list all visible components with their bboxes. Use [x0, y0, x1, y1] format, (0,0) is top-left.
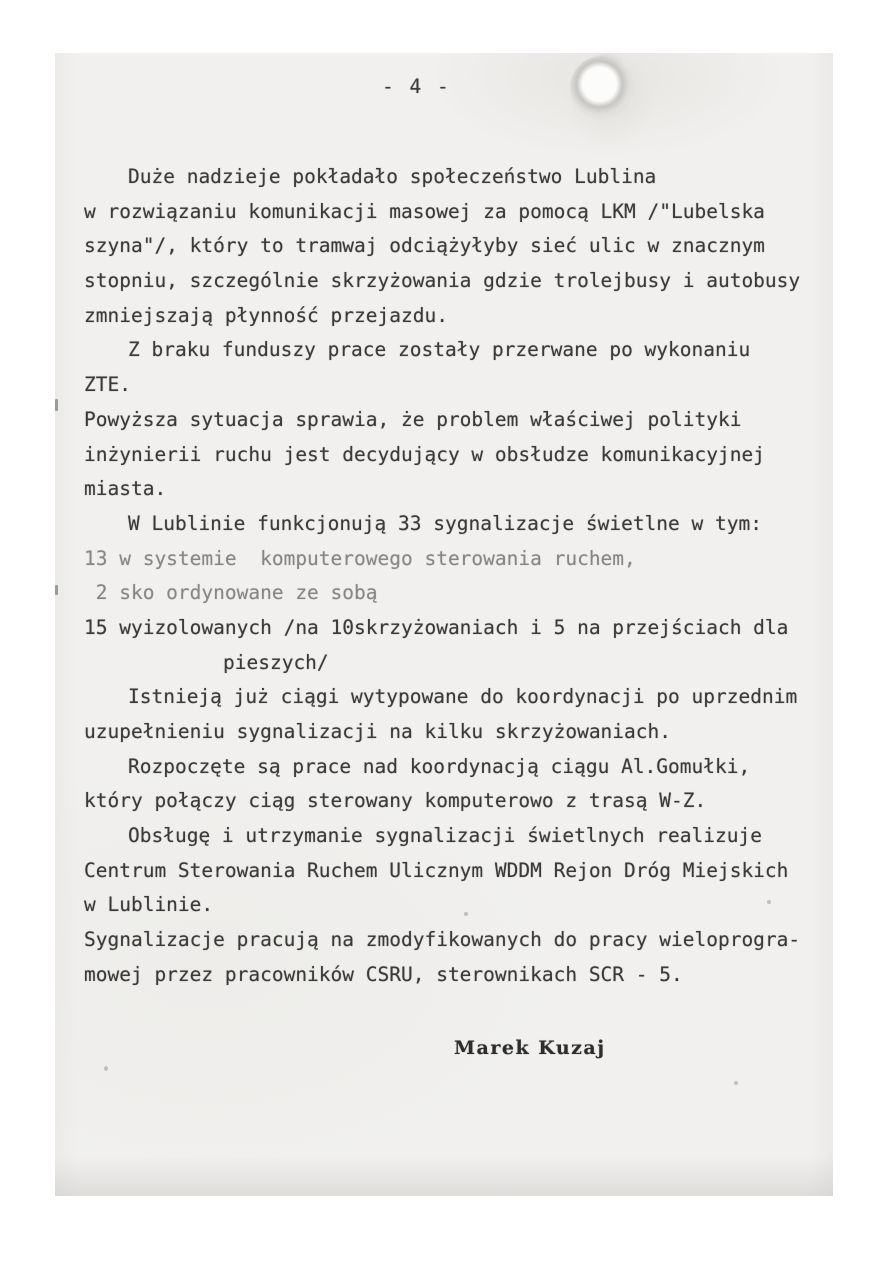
text-line: uzupełnieniu sygnalizacji na kilku skrzy…	[84, 715, 824, 750]
text-line: Sygnalizacje pracują na zmodyfikowanych …	[84, 923, 824, 958]
scan-edge-mark	[55, 585, 58, 595]
text-line: miasta.	[84, 472, 824, 507]
scan-background: - 4 - Duże nadzieje pokładało społeczeńs…	[0, 0, 893, 1263]
text-line: w Lublinie.	[84, 888, 824, 923]
text-line: 2 sko ordynowane ze sobą	[84, 576, 824, 611]
text-line: pieszych/	[84, 646, 824, 681]
text-line: ZTE.	[84, 368, 824, 403]
text-line: inżynierii ruchu jest decydujący w obsłu…	[84, 438, 824, 473]
scan-speck	[734, 1081, 738, 1085]
text-line: zmniejszają płynność przejazdu.	[84, 299, 824, 334]
scan-edge-mark	[55, 399, 58, 411]
text-line: Centrum Sterowania Ruchem Ulicznym WDDM …	[84, 854, 824, 889]
text-line: Z braku funduszy prace zostały przerwane…	[84, 333, 824, 368]
text-line: 13 w systemie komputerowego sterowania r…	[84, 542, 824, 577]
text-line: 15 wyizolowanych /na 10skrzyżowaniach i …	[84, 611, 824, 646]
document-body: Duże nadzieje pokładało społeczeństwo Lu…	[84, 160, 824, 993]
text-line: Powyższa sytuacja sprawia, że problem wł…	[84, 403, 824, 438]
text-line: stopniu, szczególnie skrzyżowania gdzie …	[84, 264, 824, 299]
text-line: Obsługę i utrzymanie sygnalizacji świetl…	[84, 819, 824, 854]
text-line: Rozpoczęte są prace nad koordynacją ciąg…	[84, 750, 824, 785]
scan-speck	[104, 1066, 108, 1071]
scan-speck	[767, 900, 771, 904]
signature: Marek Kuzaj	[454, 1037, 606, 1059]
text-line: który połączy ciąg sterowany komputerowo…	[84, 784, 824, 819]
text-line: w rozwiązaniu komunikacji masowej za pom…	[84, 195, 824, 230]
text-line: Istnieją już ciągi wytypowane do koordyn…	[84, 680, 824, 715]
scan-speck	[464, 912, 468, 916]
text-line: mowej przez pracowników CSRU, sterownika…	[84, 958, 824, 993]
document-page: - 4 - Duże nadzieje pokładało społeczeńs…	[55, 53, 833, 1196]
text-line: szyna"/, który to tramwaj odciążyłyby si…	[84, 229, 824, 264]
text-line: Duże nadzieje pokładało społeczeństwo Lu…	[84, 160, 824, 195]
ink-stain-ring	[570, 56, 634, 120]
page-number: - 4 -	[382, 75, 451, 98]
text-line: W Lublinie funkcjonują 33 sygnalizacje ś…	[84, 507, 824, 542]
